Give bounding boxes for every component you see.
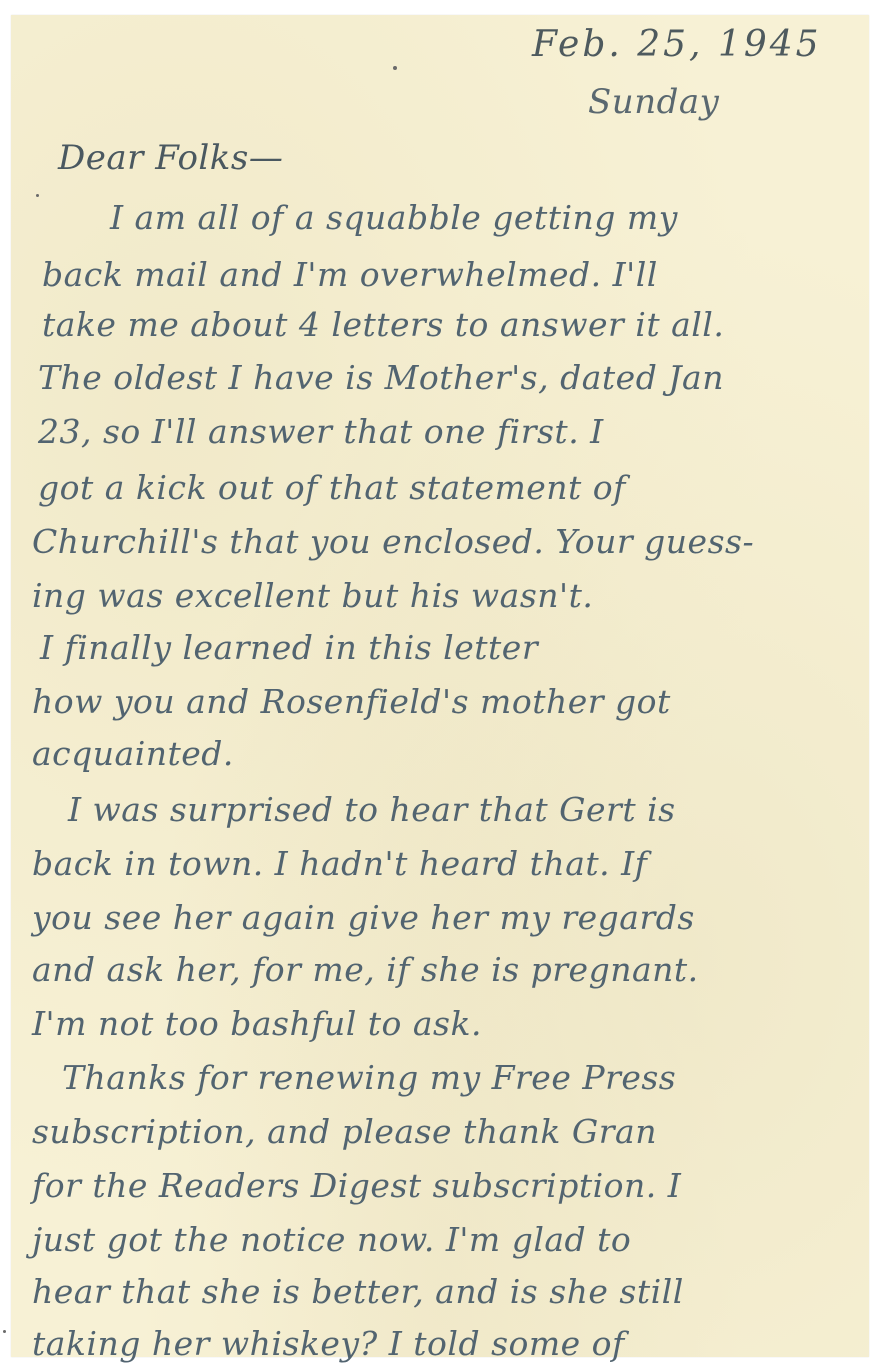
letter-line: acquainted. (32, 734, 234, 773)
letter-line: 23, so I'll answer that one first. I (38, 412, 604, 451)
letter-line: and ask her, for me, if she is pregnant. (32, 950, 699, 989)
letter-line: back mail and I'm overwhelmed. I'll (42, 255, 658, 294)
letter-line: taking her whiskey? I told some of (32, 1324, 625, 1363)
letter-line: got a kick out of that statement of (38, 468, 626, 507)
letter-salutation: Dear Folks— (58, 138, 283, 178)
letter-line: for the Readers Digest subscription. I (32, 1166, 681, 1205)
letter-line: I am all of a squabble getting my (110, 198, 678, 237)
paper-speck (3, 1330, 6, 1333)
letter-line: just got the notice now. I'm glad to (32, 1220, 631, 1259)
letter-line: back in town. I hadn't heard that. If (32, 844, 647, 883)
letter-line: hear that she is better, and is she stil… (32, 1272, 684, 1311)
letter-line: you see her again give her my regards (32, 898, 695, 937)
letter-line: Churchill's that you enclosed. Your gues… (32, 522, 754, 561)
paper-speck (393, 66, 397, 70)
letter-line: I'm not too bashful to ask. (32, 1004, 482, 1043)
letter-date: Feb. 25, 1945 (532, 24, 822, 65)
letter-line: take me about 4 letters to answer it all… (42, 305, 724, 344)
letter-day: Sunday (588, 82, 719, 122)
letter-line: I was surprised to hear that Gert is (68, 790, 676, 829)
letter-line: The oldest I have is Mother's, dated Jan (38, 358, 724, 397)
letter-line: ing was excellent but his wasn't. (32, 576, 593, 615)
paper-speck (36, 194, 39, 197)
letter-line: how you and Rosenfield's mother got (32, 682, 671, 721)
letter-line: I finally learned in this letter (40, 628, 538, 667)
letter-line: subscription, and please thank Gran (32, 1112, 657, 1151)
letter-line: Thanks for renewing my Free Press (62, 1058, 676, 1097)
